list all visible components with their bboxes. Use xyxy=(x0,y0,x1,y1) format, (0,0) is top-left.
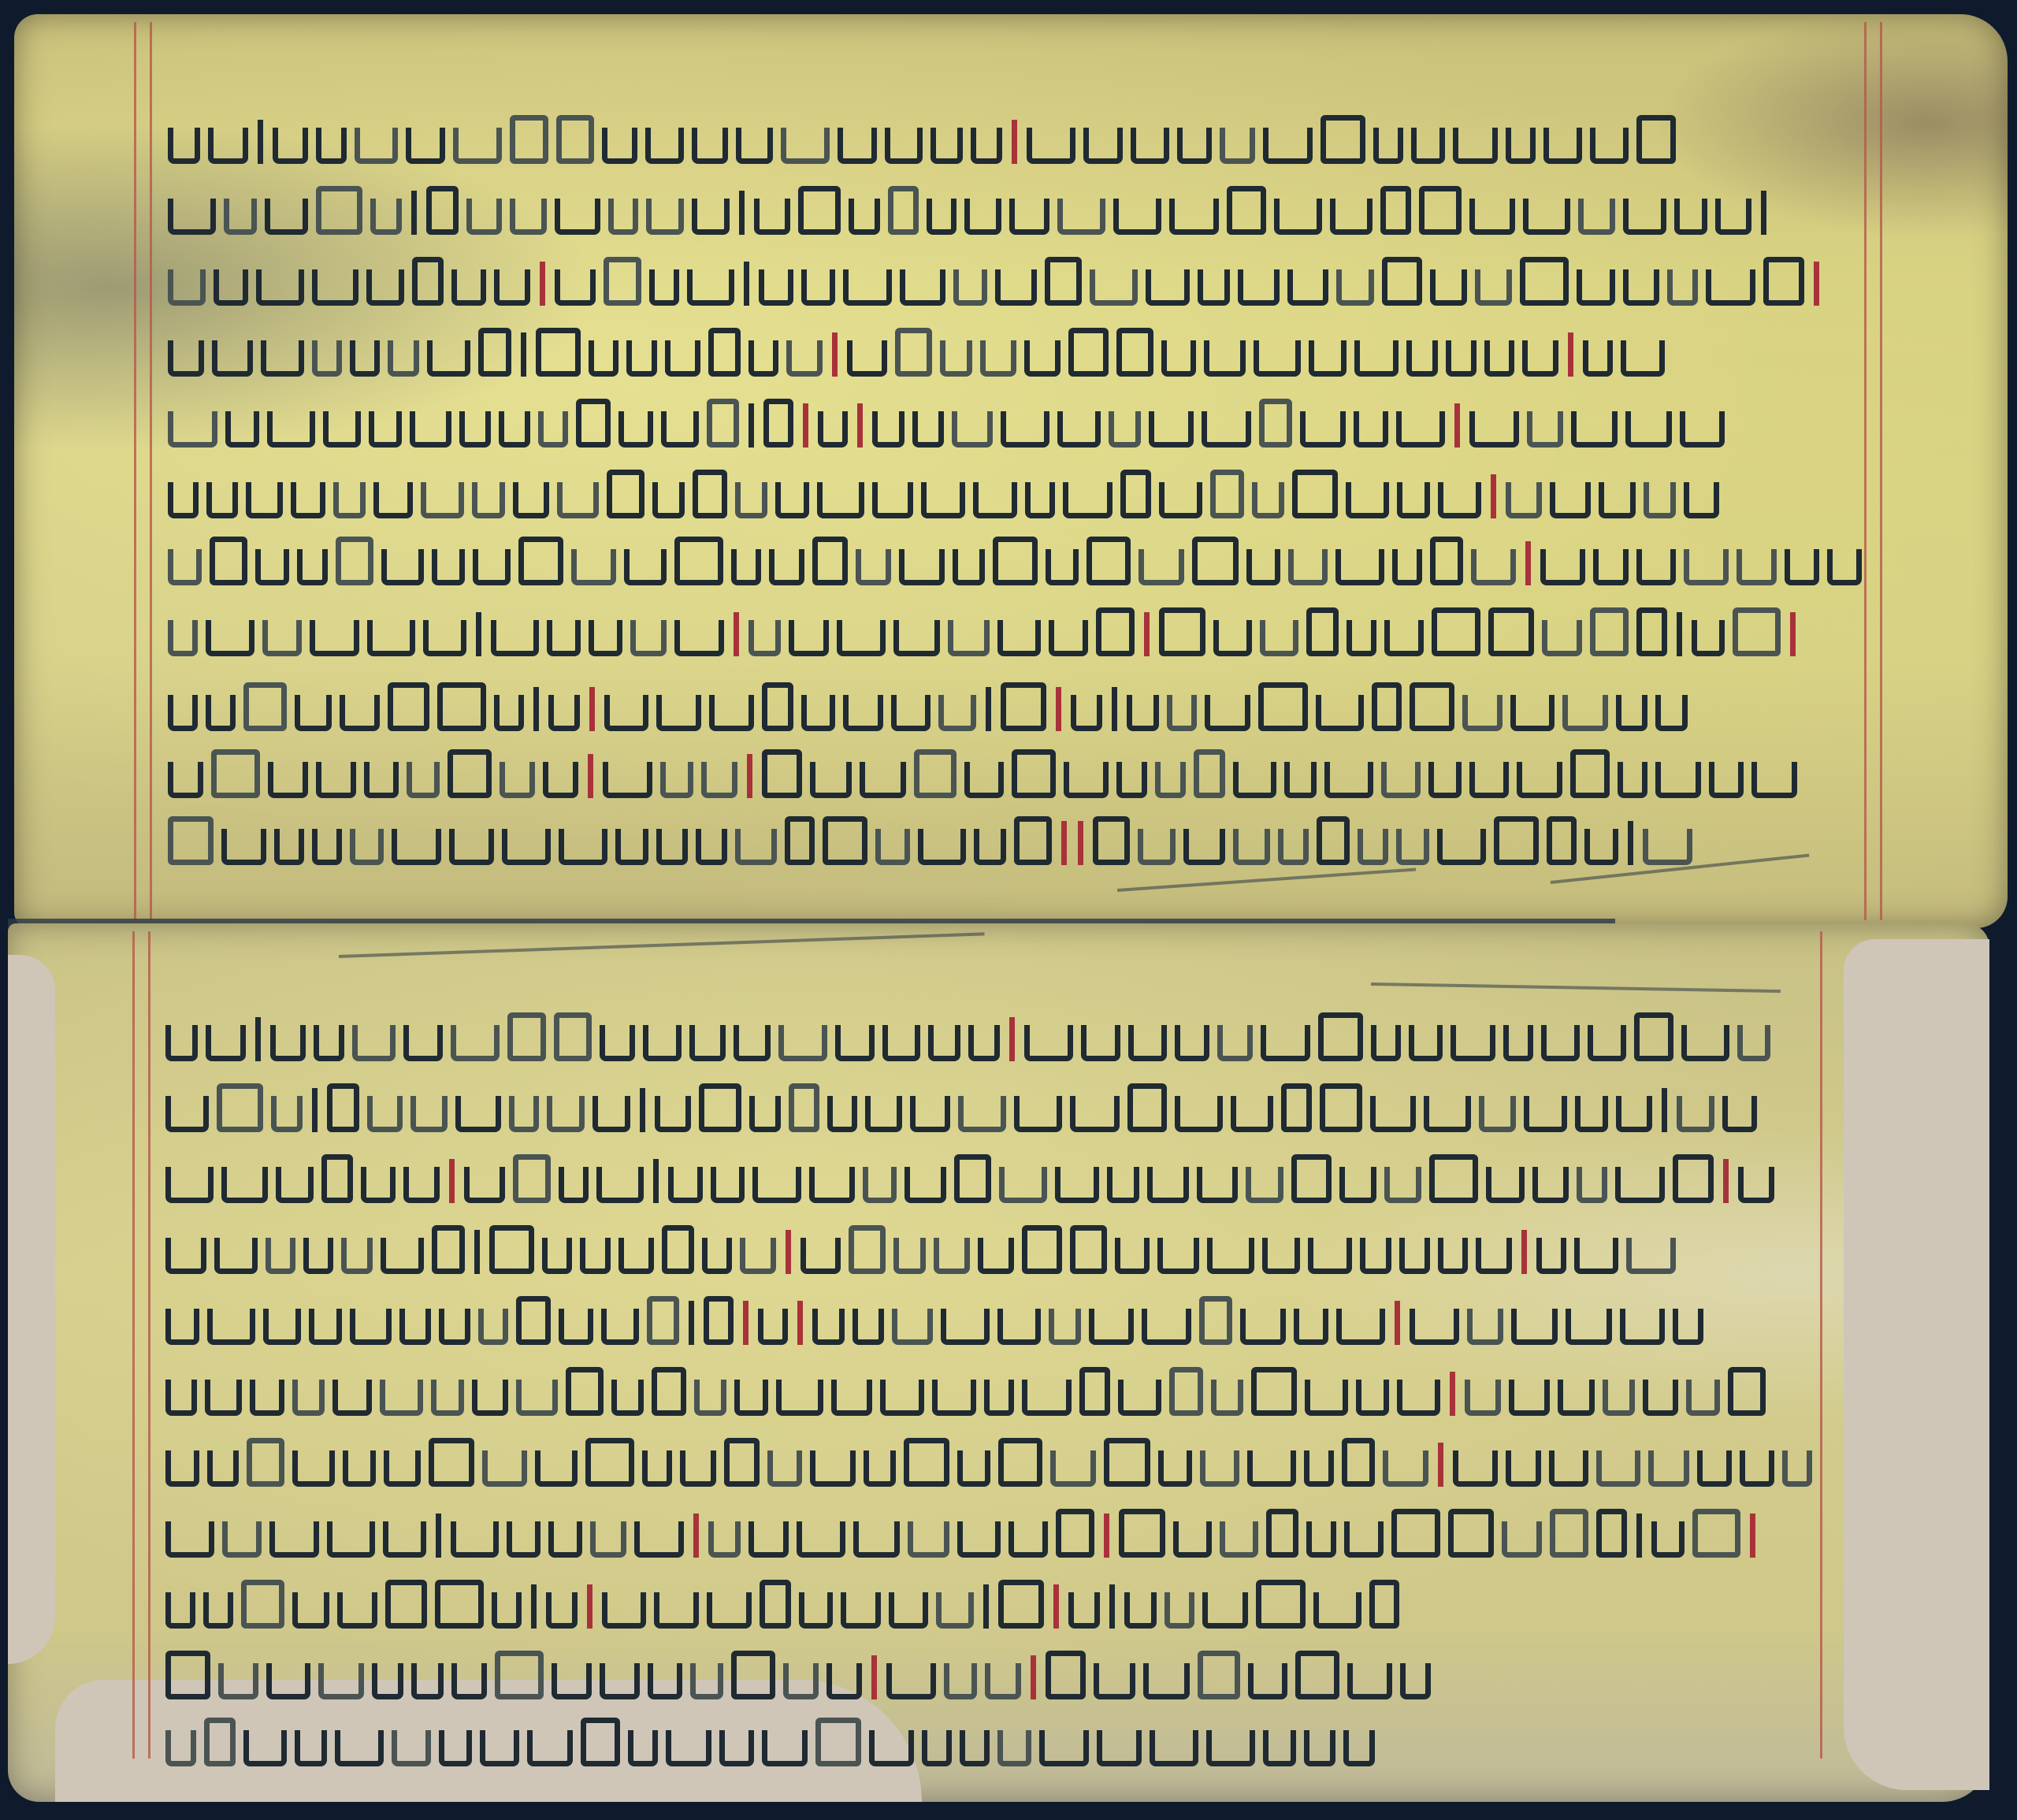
glyph xyxy=(1411,128,1445,164)
glyph xyxy=(533,687,539,731)
glyph xyxy=(1008,1521,1048,1558)
glyph xyxy=(852,1309,884,1345)
glyph xyxy=(1346,482,1389,518)
glyph xyxy=(1240,1309,1286,1345)
glyph xyxy=(1056,687,1061,731)
glyph xyxy=(1648,1450,1689,1487)
glyph xyxy=(628,1730,658,1766)
glyph xyxy=(810,1450,856,1487)
glyph xyxy=(1524,1096,1567,1132)
glyph xyxy=(1785,549,1819,585)
glyph xyxy=(1430,269,1467,306)
glyph xyxy=(871,1655,877,1699)
glyph xyxy=(548,695,580,731)
glyph xyxy=(432,1225,465,1274)
glyph xyxy=(1549,1450,1588,1487)
glyph xyxy=(1488,607,1534,656)
glyph xyxy=(1233,762,1276,798)
glyph xyxy=(1089,1309,1134,1345)
glyph xyxy=(435,1580,484,1629)
glyph xyxy=(1202,1592,1248,1629)
glyph xyxy=(271,1096,303,1132)
manuscript-line xyxy=(165,1573,1812,1629)
glyph xyxy=(1071,695,1102,731)
glyph xyxy=(1590,128,1629,164)
glyph xyxy=(1124,1592,1157,1629)
glyph xyxy=(769,549,805,585)
glyph xyxy=(1558,1380,1595,1416)
glyph xyxy=(361,1167,396,1203)
glyph xyxy=(1790,612,1796,656)
glyph xyxy=(165,1592,195,1629)
glyph xyxy=(656,829,688,865)
glyph xyxy=(1475,269,1512,306)
glyph xyxy=(1024,340,1061,377)
glyph xyxy=(1284,762,1317,798)
glyph xyxy=(1722,1096,1757,1132)
glyph xyxy=(1231,1096,1273,1132)
glyph xyxy=(838,128,877,164)
glyph xyxy=(1382,257,1422,306)
glyph xyxy=(762,682,793,731)
glyph xyxy=(466,199,502,235)
glyph xyxy=(1527,411,1563,448)
glyph xyxy=(168,695,198,731)
glyph xyxy=(1159,607,1205,656)
glyph xyxy=(1318,1012,1363,1061)
glyph xyxy=(1616,1096,1652,1132)
glyph xyxy=(355,128,398,164)
glyph xyxy=(407,762,440,798)
glyph xyxy=(1450,1372,1455,1416)
glyph xyxy=(1469,199,1515,235)
glyph xyxy=(165,1521,214,1558)
glyph xyxy=(316,186,362,235)
glyph xyxy=(1306,1521,1336,1558)
glyph xyxy=(944,1663,977,1699)
glyph xyxy=(1024,1025,1073,1061)
glyph xyxy=(495,1651,544,1699)
glyph xyxy=(699,1083,741,1132)
glyph xyxy=(952,411,993,448)
glyph xyxy=(478,328,511,377)
glyph xyxy=(983,1584,989,1629)
manuscript-line xyxy=(165,1502,1812,1558)
glyph xyxy=(837,620,886,656)
glyph xyxy=(1438,482,1481,518)
glyph xyxy=(1590,607,1629,656)
glyph xyxy=(221,829,266,865)
glyph xyxy=(980,340,1016,377)
glyph xyxy=(543,762,578,798)
glyph xyxy=(1615,1167,1665,1203)
glyph xyxy=(941,1309,990,1345)
glyph xyxy=(680,1450,716,1487)
glyph xyxy=(1288,549,1328,585)
glyph xyxy=(489,1225,534,1274)
glyph xyxy=(689,1025,726,1061)
glyph xyxy=(165,1309,199,1345)
glyph xyxy=(1395,1301,1400,1345)
glyph xyxy=(731,1651,775,1699)
glyph xyxy=(341,1238,373,1274)
glyph xyxy=(815,1718,861,1766)
manuscript-line xyxy=(168,321,1862,377)
manuscript-line xyxy=(165,1219,1812,1274)
glyph xyxy=(1738,1167,1774,1203)
glyph xyxy=(1291,1154,1332,1203)
glyph xyxy=(337,1592,377,1629)
glyph xyxy=(367,1096,403,1132)
glyph xyxy=(1262,1238,1300,1274)
glyph xyxy=(1050,1450,1096,1487)
glyph xyxy=(1681,1025,1729,1061)
glyph xyxy=(899,549,945,585)
glyph xyxy=(1147,1167,1189,1203)
glyph xyxy=(665,340,700,377)
glyph xyxy=(1260,620,1298,656)
glyph xyxy=(590,1521,626,1558)
glyph xyxy=(810,762,852,798)
glyph xyxy=(1588,1025,1626,1061)
glyph xyxy=(948,620,990,656)
glyph xyxy=(1584,829,1618,865)
glyph xyxy=(1636,1514,1642,1558)
glyph xyxy=(548,1521,582,1558)
glyph xyxy=(602,128,637,164)
glyph xyxy=(1263,1730,1296,1766)
glyph xyxy=(571,549,616,585)
glyph xyxy=(1158,1450,1193,1487)
glyph xyxy=(1119,1509,1165,1558)
glyph xyxy=(801,695,835,731)
glyph xyxy=(556,115,594,164)
glyph xyxy=(648,1663,682,1699)
glyph xyxy=(1259,399,1292,448)
glyph xyxy=(1511,1309,1558,1345)
glyph xyxy=(1220,1521,1258,1558)
manuscript-line xyxy=(165,1711,1812,1766)
glyph xyxy=(547,620,581,656)
glyph xyxy=(518,537,564,585)
glyph xyxy=(938,695,976,731)
glyph xyxy=(1540,549,1585,585)
glyph xyxy=(207,1309,255,1345)
glyph xyxy=(555,269,596,306)
glyph xyxy=(1542,620,1582,656)
glyph xyxy=(1728,1367,1766,1416)
glyph xyxy=(918,829,966,865)
glyph xyxy=(785,816,815,865)
glyph xyxy=(724,1438,760,1487)
glyph xyxy=(1068,1592,1100,1629)
glyph xyxy=(555,199,600,235)
glyph xyxy=(1684,549,1729,585)
glyph xyxy=(865,1096,902,1132)
glyph xyxy=(964,762,1004,798)
glyph xyxy=(206,695,236,731)
glyph xyxy=(958,1096,1006,1132)
glyph xyxy=(823,816,867,865)
glyph xyxy=(589,340,618,377)
glyph xyxy=(1370,1096,1416,1132)
glyph xyxy=(266,1663,310,1699)
glyph xyxy=(1577,269,1615,306)
glyph xyxy=(449,829,494,865)
glyph xyxy=(985,1663,1021,1699)
glyph xyxy=(321,1154,353,1203)
glyph xyxy=(309,1309,342,1345)
glyph xyxy=(1251,1367,1297,1416)
glyph xyxy=(841,1592,881,1629)
glyph xyxy=(168,340,204,377)
glyph xyxy=(1621,340,1665,377)
glyph xyxy=(1737,549,1777,585)
glyph xyxy=(747,754,752,798)
glyph xyxy=(1053,1584,1059,1629)
glyph xyxy=(731,549,761,585)
glyph xyxy=(1009,199,1049,235)
glyph xyxy=(1371,1025,1401,1061)
glyph xyxy=(203,1592,233,1629)
glyph xyxy=(1479,1096,1516,1132)
glyph xyxy=(998,1438,1042,1487)
glyph xyxy=(1254,340,1301,377)
glyph xyxy=(168,199,216,235)
glyph xyxy=(214,269,248,306)
glyph xyxy=(1655,762,1701,798)
glyph xyxy=(1626,1238,1676,1274)
glyph xyxy=(1079,1367,1110,1416)
glyph xyxy=(690,1663,723,1699)
glyph xyxy=(1246,1167,1283,1203)
glyph xyxy=(642,1450,672,1487)
glyph xyxy=(426,186,459,235)
manuscript-line xyxy=(168,676,1862,731)
glyph xyxy=(652,482,685,518)
top-folio xyxy=(14,14,2008,928)
glyph xyxy=(392,1730,431,1766)
glyph xyxy=(754,199,790,235)
glyph xyxy=(971,128,1002,164)
glyph xyxy=(580,1238,611,1274)
glyph xyxy=(1161,340,1196,377)
glyph xyxy=(1175,1096,1223,1132)
glyph xyxy=(875,829,910,865)
glyph xyxy=(1486,1167,1525,1203)
glyph xyxy=(1522,340,1558,377)
glyph xyxy=(930,128,963,164)
glyph xyxy=(889,1592,928,1629)
glyph xyxy=(1116,762,1147,798)
glyph xyxy=(297,549,329,585)
glyph xyxy=(273,128,308,164)
glyph xyxy=(934,1238,970,1274)
glyph xyxy=(206,482,238,518)
glyph xyxy=(241,1580,284,1629)
glyph xyxy=(1049,1309,1081,1345)
glyph xyxy=(165,1025,198,1061)
glyph xyxy=(507,1012,546,1061)
glyph xyxy=(437,682,486,731)
glyph xyxy=(1740,1450,1774,1487)
glyph xyxy=(759,269,793,306)
glyph xyxy=(1063,482,1113,518)
glyph xyxy=(1737,1025,1770,1061)
manuscript-line xyxy=(165,1006,1812,1061)
glyph xyxy=(984,1380,1014,1416)
glyph xyxy=(997,620,1041,656)
glyph xyxy=(596,1167,644,1203)
glyph xyxy=(626,340,657,377)
glyph xyxy=(1453,1450,1498,1487)
glyph xyxy=(1583,340,1613,377)
glyph xyxy=(607,470,644,518)
glyph xyxy=(1566,1309,1612,1345)
glyph xyxy=(1281,1083,1312,1132)
glyph xyxy=(464,1167,505,1203)
glyph xyxy=(336,537,373,585)
glyph xyxy=(350,1309,392,1345)
glyph xyxy=(653,1159,659,1203)
glyph xyxy=(587,1584,592,1629)
glyph xyxy=(634,1521,684,1558)
glyph xyxy=(310,620,359,656)
glyph xyxy=(1674,199,1707,235)
glyph xyxy=(1616,695,1647,731)
glyph xyxy=(1169,1367,1203,1416)
glyph xyxy=(900,269,945,306)
glyph xyxy=(1484,340,1514,377)
glyph xyxy=(1127,1083,1167,1132)
manuscript-line xyxy=(165,1290,1812,1345)
glyph xyxy=(256,269,304,306)
glyph xyxy=(618,411,653,448)
glyph xyxy=(880,1380,924,1416)
glyph xyxy=(1309,340,1347,377)
glyph xyxy=(343,1450,376,1487)
glyph xyxy=(214,1238,258,1274)
glyph xyxy=(1211,1380,1243,1416)
glyph xyxy=(1562,695,1608,731)
glyph xyxy=(872,411,904,448)
glyph xyxy=(696,829,727,865)
glyph xyxy=(1252,482,1284,518)
glyph xyxy=(928,1025,960,1061)
manuscript-line xyxy=(165,1148,1812,1203)
glyph xyxy=(211,749,260,798)
glyph xyxy=(603,762,652,798)
glyph xyxy=(927,199,956,235)
glyph xyxy=(1169,199,1219,235)
glyph xyxy=(581,1718,620,1766)
glyph xyxy=(668,1167,703,1203)
glyph xyxy=(912,411,944,448)
glyph xyxy=(168,269,206,306)
glyph xyxy=(1733,607,1781,656)
glyph xyxy=(893,1238,926,1274)
glyph xyxy=(366,269,404,306)
glyph xyxy=(269,1521,319,1558)
glyph xyxy=(656,695,701,731)
glyph xyxy=(999,1167,1047,1203)
glyph xyxy=(660,762,693,798)
glyph xyxy=(559,1167,589,1203)
glyph xyxy=(1636,607,1667,656)
glyph xyxy=(1046,1651,1086,1699)
glyph xyxy=(1623,199,1666,235)
glyph xyxy=(494,269,530,306)
glyph xyxy=(908,1521,949,1558)
glyph xyxy=(1782,1450,1812,1487)
glyph xyxy=(689,1301,694,1345)
glyph xyxy=(383,1521,426,1558)
glyph xyxy=(998,1580,1044,1629)
glyph xyxy=(1200,1450,1239,1487)
glyph xyxy=(1258,682,1308,731)
glyph xyxy=(540,262,545,306)
glyph xyxy=(1603,1380,1635,1416)
glyph xyxy=(1623,269,1659,306)
glyph xyxy=(798,186,841,235)
glyph xyxy=(1316,695,1364,731)
glyph xyxy=(1550,1509,1588,1558)
glyph xyxy=(1494,816,1539,865)
manuscript-line xyxy=(165,1432,1812,1487)
glyph xyxy=(849,199,880,235)
glyph xyxy=(1192,537,1239,585)
glyph xyxy=(1410,1309,1459,1345)
glyph xyxy=(165,1651,210,1699)
glyph xyxy=(261,340,304,377)
glyph xyxy=(367,620,415,656)
glyph xyxy=(1506,482,1542,518)
torn-edge-left xyxy=(8,955,55,1664)
glyph xyxy=(1620,1309,1665,1345)
right-margin-rule xyxy=(1864,22,1867,920)
glyph xyxy=(332,1380,372,1416)
glyph xyxy=(856,549,891,585)
glyph xyxy=(1339,1167,1376,1203)
glyph xyxy=(709,695,754,731)
glyph xyxy=(510,115,548,164)
glyph xyxy=(165,1730,196,1766)
glyph xyxy=(893,620,940,656)
glyph xyxy=(735,482,767,518)
glyph xyxy=(1107,1167,1139,1203)
glyph xyxy=(207,1450,239,1487)
glyph xyxy=(921,482,965,518)
glyph xyxy=(760,1580,791,1629)
glyph xyxy=(707,399,739,448)
glyph xyxy=(168,620,198,656)
left-margin-rule xyxy=(148,931,150,1759)
glyph xyxy=(559,1309,593,1345)
glyph xyxy=(270,1025,306,1061)
glyph xyxy=(1521,1230,1527,1274)
glyph xyxy=(295,1730,327,1766)
glyph xyxy=(1014,816,1052,865)
glyph xyxy=(165,1167,214,1203)
glyph xyxy=(957,1521,1001,1558)
glyph xyxy=(968,1025,1000,1061)
glyph xyxy=(886,1663,936,1699)
glyph xyxy=(655,1096,691,1132)
glyph xyxy=(1347,1663,1392,1699)
glyph xyxy=(1697,1450,1732,1487)
glyph xyxy=(708,328,741,377)
glyph xyxy=(997,1309,1041,1345)
